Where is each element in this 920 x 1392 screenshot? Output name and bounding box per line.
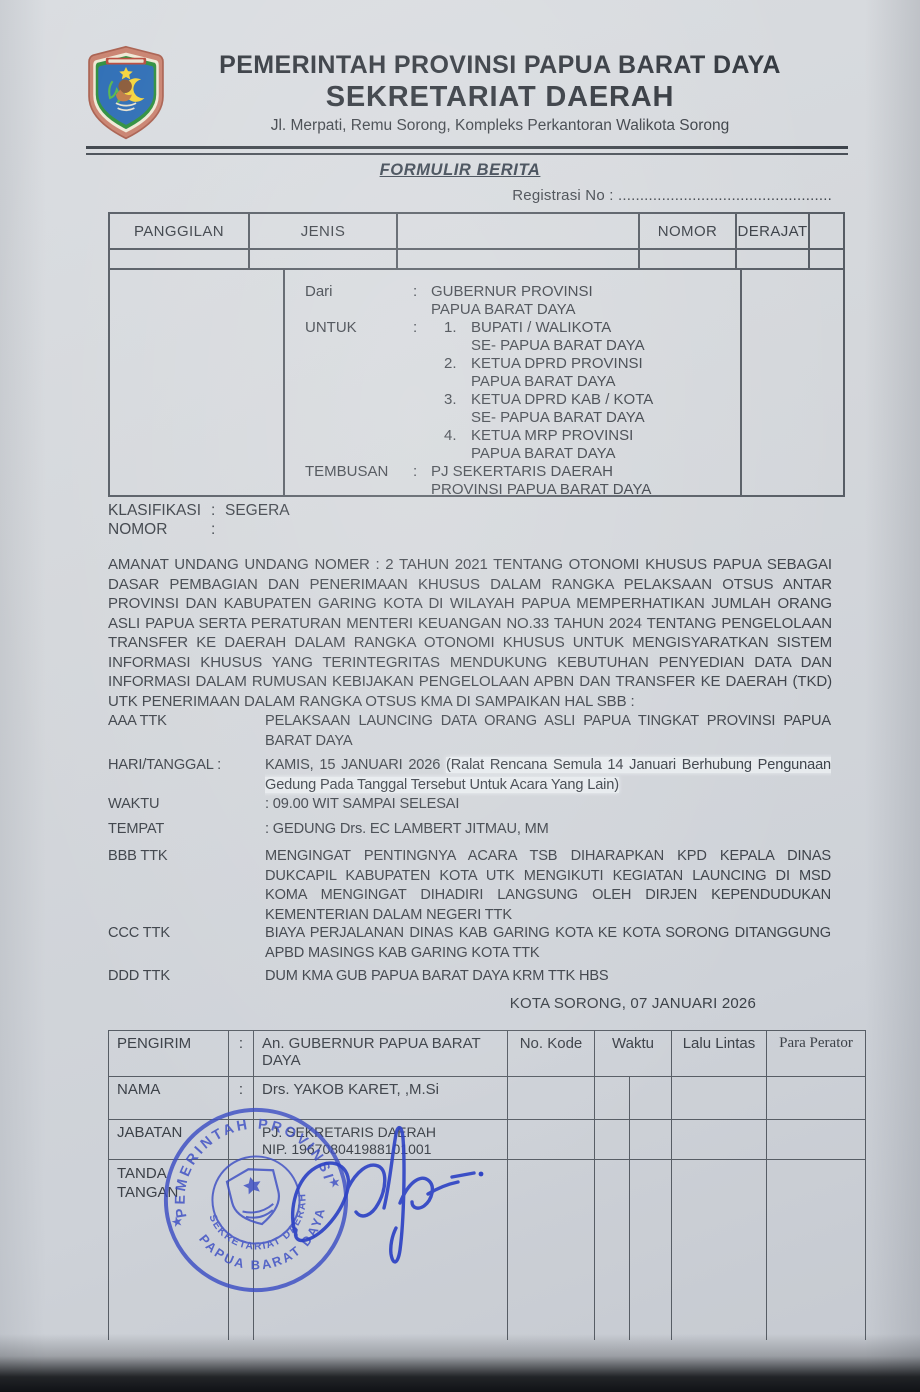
nomor-label: NOMOR — [108, 520, 211, 539]
item-waktu: WAKTU : 09.00 WIT SAMPAI SELESAI — [108, 795, 831, 815]
header-waktu: Waktu — [595, 1031, 672, 1076]
place-and-date: KOTA SORONG, 07 JANUARI 2026 — [510, 995, 756, 1012]
classification-block: KLASIFIKASI : SEGERA NOMOR : — [108, 501, 290, 539]
item-ddd: DDD TTK DUM KMA GUB PAPUA BARAT DAYA KRM… — [108, 967, 831, 987]
header-nomor: NOMOR — [640, 214, 737, 248]
pengirim-value: An. GUBERNUR PAPUA BARAT DAYA — [254, 1031, 508, 1076]
message-cell: Dari : GUBERNUR PROVINSI PAPUA BARAT DAY… — [285, 270, 742, 495]
header-jenis: JENIS — [250, 214, 398, 248]
item-label: TEMPAT — [108, 820, 265, 840]
untuk-list: 1. BUPATI / WALIKOTASE- PAPUA BARAT DAYA… — [431, 319, 734, 463]
photo-bottom-edge — [0, 1334, 920, 1392]
item-bbb: BBB TTK MENGINGAT PENTINGNYA ACARA TSB D… — [108, 847, 831, 925]
table-empty-row — [108, 248, 845, 268]
header-sliver — [810, 214, 845, 248]
tembusan-row: TEMBUSAN : PJ SEKERTARIS DAERAH PROVINSI… — [305, 463, 734, 499]
dari-value: GUBERNUR PROVINSI PAPUA BARAT DAYA — [431, 283, 734, 319]
header-lalu-lintas: Lalu Lintas — [672, 1031, 767, 1076]
item-label: AAA TTK — [108, 712, 265, 751]
letterhead-divider — [86, 146, 848, 155]
item-hari-tanggal: HARI/TANGGAL : KAMIS, 15 JANUARI 2026 (R… — [108, 756, 831, 795]
header-blank — [398, 214, 640, 248]
tembusan-label: TEMBUSAN — [305, 463, 413, 499]
body-paragraph: AMANAT UNDANG UNDANG NOMER : 2 TAHUN 202… — [108, 555, 832, 711]
item-label: HARI/TANGGAL : — [108, 756, 265, 795]
header-derajat: DERAJAT — [737, 214, 810, 248]
untuk-label: UNTUK — [305, 319, 413, 463]
item-label: WAKTU — [108, 795, 265, 815]
pengirim-row: PENGIRIM : An. GUBERNUR PAPUA BARAT DAYA… — [108, 1030, 866, 1076]
nomor-value — [225, 520, 290, 539]
letterhead-address: Jl. Merpati, Remu Sorong, Kompleks Perka… — [150, 117, 850, 135]
klasifikasi-label: KLASIFIKASI — [108, 501, 211, 520]
item-label: DDD TTK — [108, 967, 265, 987]
klasifikasi-value: SEGERA — [225, 501, 290, 520]
table-header-row: PANGGILAN JENIS NOMOR DERAJAT — [108, 212, 845, 248]
untuk-row: UNTUK : 1. BUPATI / WALIKOTASE- PAPUA BA… — [305, 319, 734, 463]
item-ccc: CCC TTK BIAYA PERJALANAN DINAS KAB GARIN… — [108, 924, 831, 963]
registration-number-field: Registrasi No : ........................… — [512, 187, 832, 204]
dari-label: Dari — [305, 283, 413, 319]
untuk-item: 1. BUPATI / WALIKOTASE- PAPUA BARAT DAYA — [431, 319, 734, 355]
table-message-row: Dari : GUBERNUR PROVINSI PAPUA BARAT DAY… — [108, 268, 845, 497]
item-label: CCC TTK — [108, 924, 265, 963]
pengirim-label: PENGIRIM — [108, 1031, 229, 1076]
letterhead-government-name: PEMERINTAH PROVINSI PAPUA BARAT DAYA — [150, 50, 850, 80]
item-label: BBB TTK — [108, 847, 265, 925]
untuk-item: 4. KETUA MRP PROVINSIPAPUA BARAT DAYA — [431, 427, 734, 463]
untuk-item: 2. KETUA DPRD PROVINSIPAPUA BARAT DAYA — [431, 355, 734, 391]
header-panggilan: PANGGILAN — [108, 214, 250, 248]
item-aaa: AAA TTK PELAKSAAN LAUNCING DATA ORANG AS… — [108, 712, 831, 751]
message-header-table: PANGGILAN JENIS NOMOR DERAJAT Dari : — [108, 212, 845, 497]
scanned-document-page: PEMERINTAH PROVINSI PAPUA BARAT DAYA SEK… — [0, 0, 920, 1392]
letterhead: PEMERINTAH PROVINSI PAPUA BARAT DAYA SEK… — [150, 50, 850, 135]
handwritten-signature — [270, 1118, 505, 1283]
item-tempat: TEMPAT : GEDUNG Drs. EC LAMBERT JITMAU, … — [108, 820, 831, 840]
letterhead-office-name: SEKRETARIAT DAERAH — [150, 80, 850, 114]
dari-row: Dari : GUBERNUR PROVINSI PAPUA BARAT DAY… — [305, 283, 734, 319]
untuk-item: 3. KETUA DPRD KAB / KOTASE- PAPUA BARAT … — [431, 391, 734, 427]
header-no-kode: No. Kode — [508, 1031, 595, 1076]
tembusan-value: PJ SEKERTARIS DAERAH PROVINSI PAPUA BARA… — [431, 463, 734, 499]
header-para-perator: Para Perator — [767, 1031, 866, 1076]
form-title: FORMULIR BERITA — [0, 161, 920, 180]
